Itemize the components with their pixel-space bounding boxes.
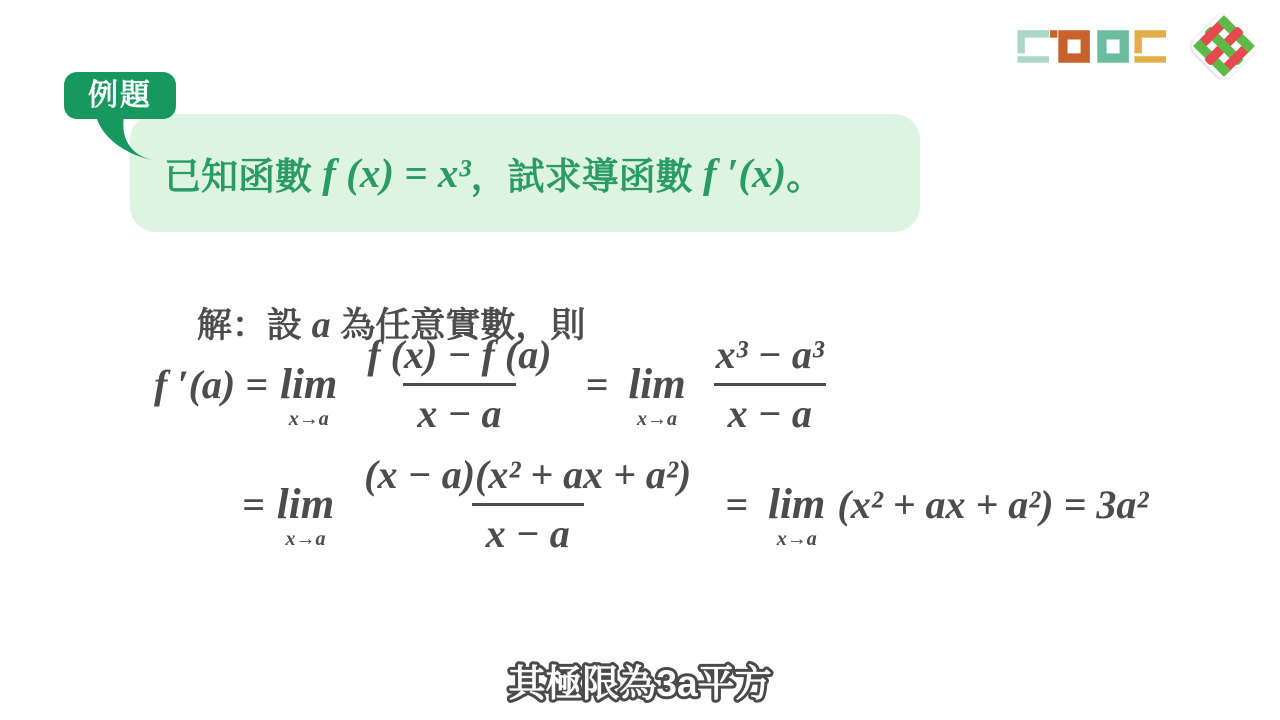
equals-sign: = — [586, 361, 609, 408]
problem-text: ，試求導函數 — [471, 146, 703, 200]
subtitle-bar: 其極限為3a平方 — [0, 654, 1280, 710]
problem-math-fx: f (x) = x³ — [322, 149, 470, 197]
problem-text: 已知函數 — [164, 146, 322, 200]
subtitle-text: 其極限為3a平方 — [508, 663, 771, 704]
problem-box: 已知函數 f (x) = x³，試求導函數 f ′(x)。 — [130, 114, 920, 232]
fraction-factored: (x − a)(x² + ax + a²) x − a — [352, 454, 703, 555]
limit-operator: lim x→a — [768, 483, 825, 549]
eq2-result: (x² + ax + a²) = 3a² — [837, 481, 1148, 528]
limit-operator: lim x→a — [277, 483, 334, 549]
video-frame: 例題 已知函數 f (x) = x³，試求導函數 f ′(x)。 解：設 a 為… — [0, 0, 1280, 720]
equals-sign: = — [242, 481, 265, 528]
problem-math-fprime: f ′(x) — [703, 149, 786, 197]
equals-sign: = — [725, 481, 748, 528]
cooc-logo-icon — [1010, 25, 1166, 67]
limit-operator: lim x→a — [280, 363, 337, 429]
fraction-difference-quotient: f (x) − f (a) x − a — [355, 334, 563, 435]
problem-text: 。 — [786, 146, 823, 200]
eq1-lhs: f ′(a) = — [154, 361, 268, 408]
equation-line-2: = lim x→a (x − a)(x² + ax + a²) x − a = … — [238, 445, 1152, 563]
fraction-cubes: x³ − a³ x − a — [704, 334, 836, 435]
equation-line-1: f ′(a) = lim x→a f (x) − f (a) x − a = l… — [150, 328, 846, 440]
header-logos — [1010, 8, 1262, 84]
weave-diamond-logo-icon — [1186, 8, 1262, 84]
example-label: 例題 — [88, 79, 152, 112]
example-label-bubble: 例題 — [64, 72, 176, 119]
limit-operator: lim x→a — [628, 363, 685, 429]
bubble-tail — [94, 116, 164, 164]
